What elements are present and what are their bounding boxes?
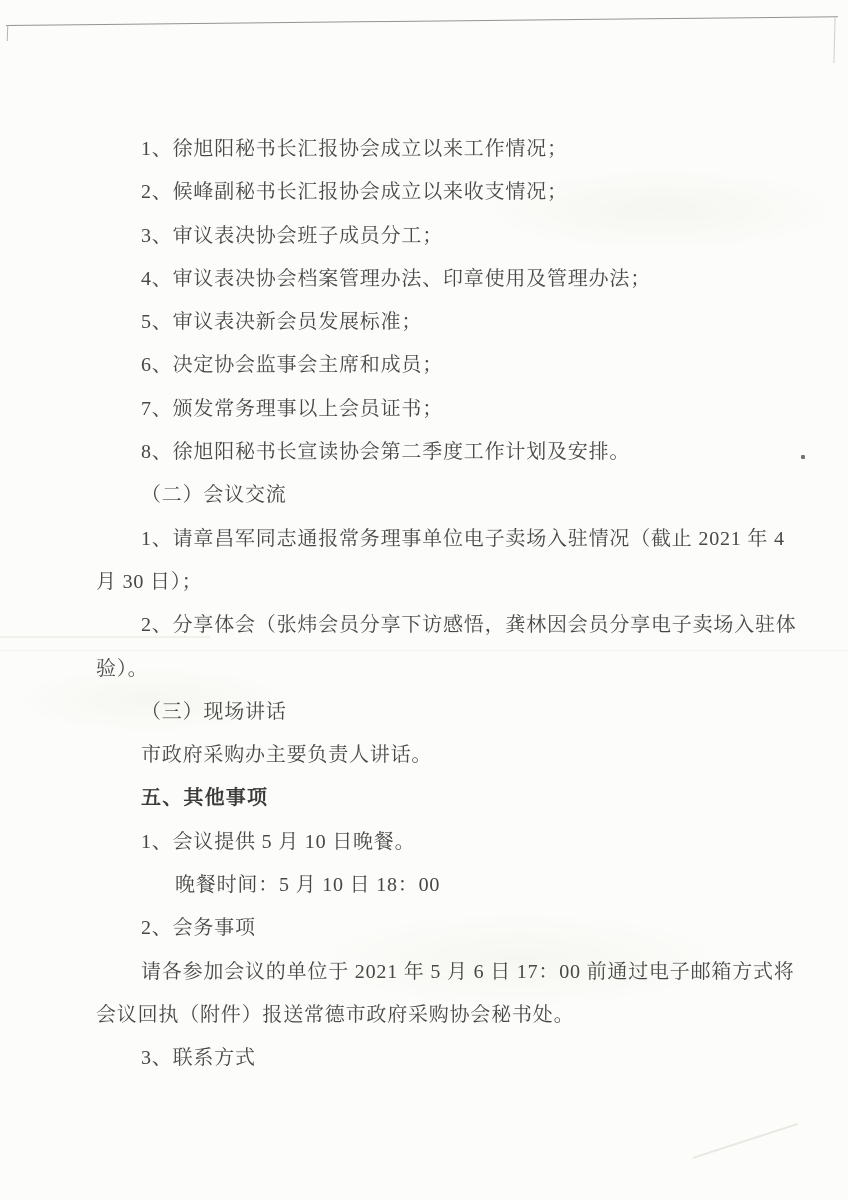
agenda-report-item-2: 2、候峰副秘书长汇报协会成立以来收支情况； <box>96 171 806 214</box>
other-matters-item-2: 2、会务事项 <box>96 907 806 950</box>
dinner-time-line: 晚餐时间：5 月 10 日 18：00 <box>96 864 806 907</box>
exchange-item-1-line-1: 1、请章昌军同志通报常务理事单位电子卖场入驻情况（截止 2021 年 4 <box>96 518 806 561</box>
other-matters-item-3: 3、联系方式 <box>96 1037 806 1080</box>
other-matters-heading: 五、其他事项 <box>96 777 806 820</box>
agenda-report-item-5: 5、审议表决新会员发展标准； <box>96 301 806 344</box>
agenda-report-item-6: 6、决定协会监事会主席和成员； <box>96 344 806 387</box>
other-matters-item-2-line-1: 请各参加会议的单位于 2021 年 5 月 6 日 17：00 前通过电子邮箱方… <box>96 951 806 994</box>
scanned-document-page: 1、徐旭阳秘书长汇报协会成立以来工作情况； 2、候峰副秘书长汇报协会成立以来收支… <box>0 0 848 1200</box>
speech-section-body: 市政府采购办主要负责人讲话。 <box>96 734 806 777</box>
exchange-section-heading: （二）会议交流 <box>96 474 806 517</box>
speech-section-heading: （三）现场讲话 <box>96 691 806 734</box>
exchange-item-2-line-1: 2、分享体会（张炜会员分享下访感悟，龚林因会员分享电子卖场入驻体 <box>96 604 806 647</box>
other-matters-item-1: 1、会议提供 5 月 10 日晚餐。 <box>96 821 806 864</box>
agenda-report-item-8: 8、徐旭阳秘书长宣读协会第二季度工作计划及安排。 <box>96 431 806 474</box>
exchange-item-2-line-2: 验）。 <box>96 648 806 691</box>
exchange-item-1-line-2: 月 30 日）； <box>96 561 806 604</box>
other-matters-item-2-line-2: 会议回执（附件）报送常德市政府采购协会秘书处。 <box>96 994 806 1037</box>
agenda-report-item-3: 3、审议表决协会班子成员分工； <box>96 215 806 258</box>
agenda-report-item-7: 7、颁发常务理事以上会员证书； <box>96 388 806 431</box>
document-text: 1、徐旭阳秘书长汇报协会成立以来工作情况； 2、候峰副秘书长汇报协会成立以来收支… <box>96 128 806 1081</box>
agenda-report-item-1: 1、徐旭阳秘书长汇报协会成立以来工作情况； <box>96 128 806 171</box>
agenda-report-item-4: 4、审议表决协会档案管理办法、印章使用及管理办法； <box>96 258 806 301</box>
